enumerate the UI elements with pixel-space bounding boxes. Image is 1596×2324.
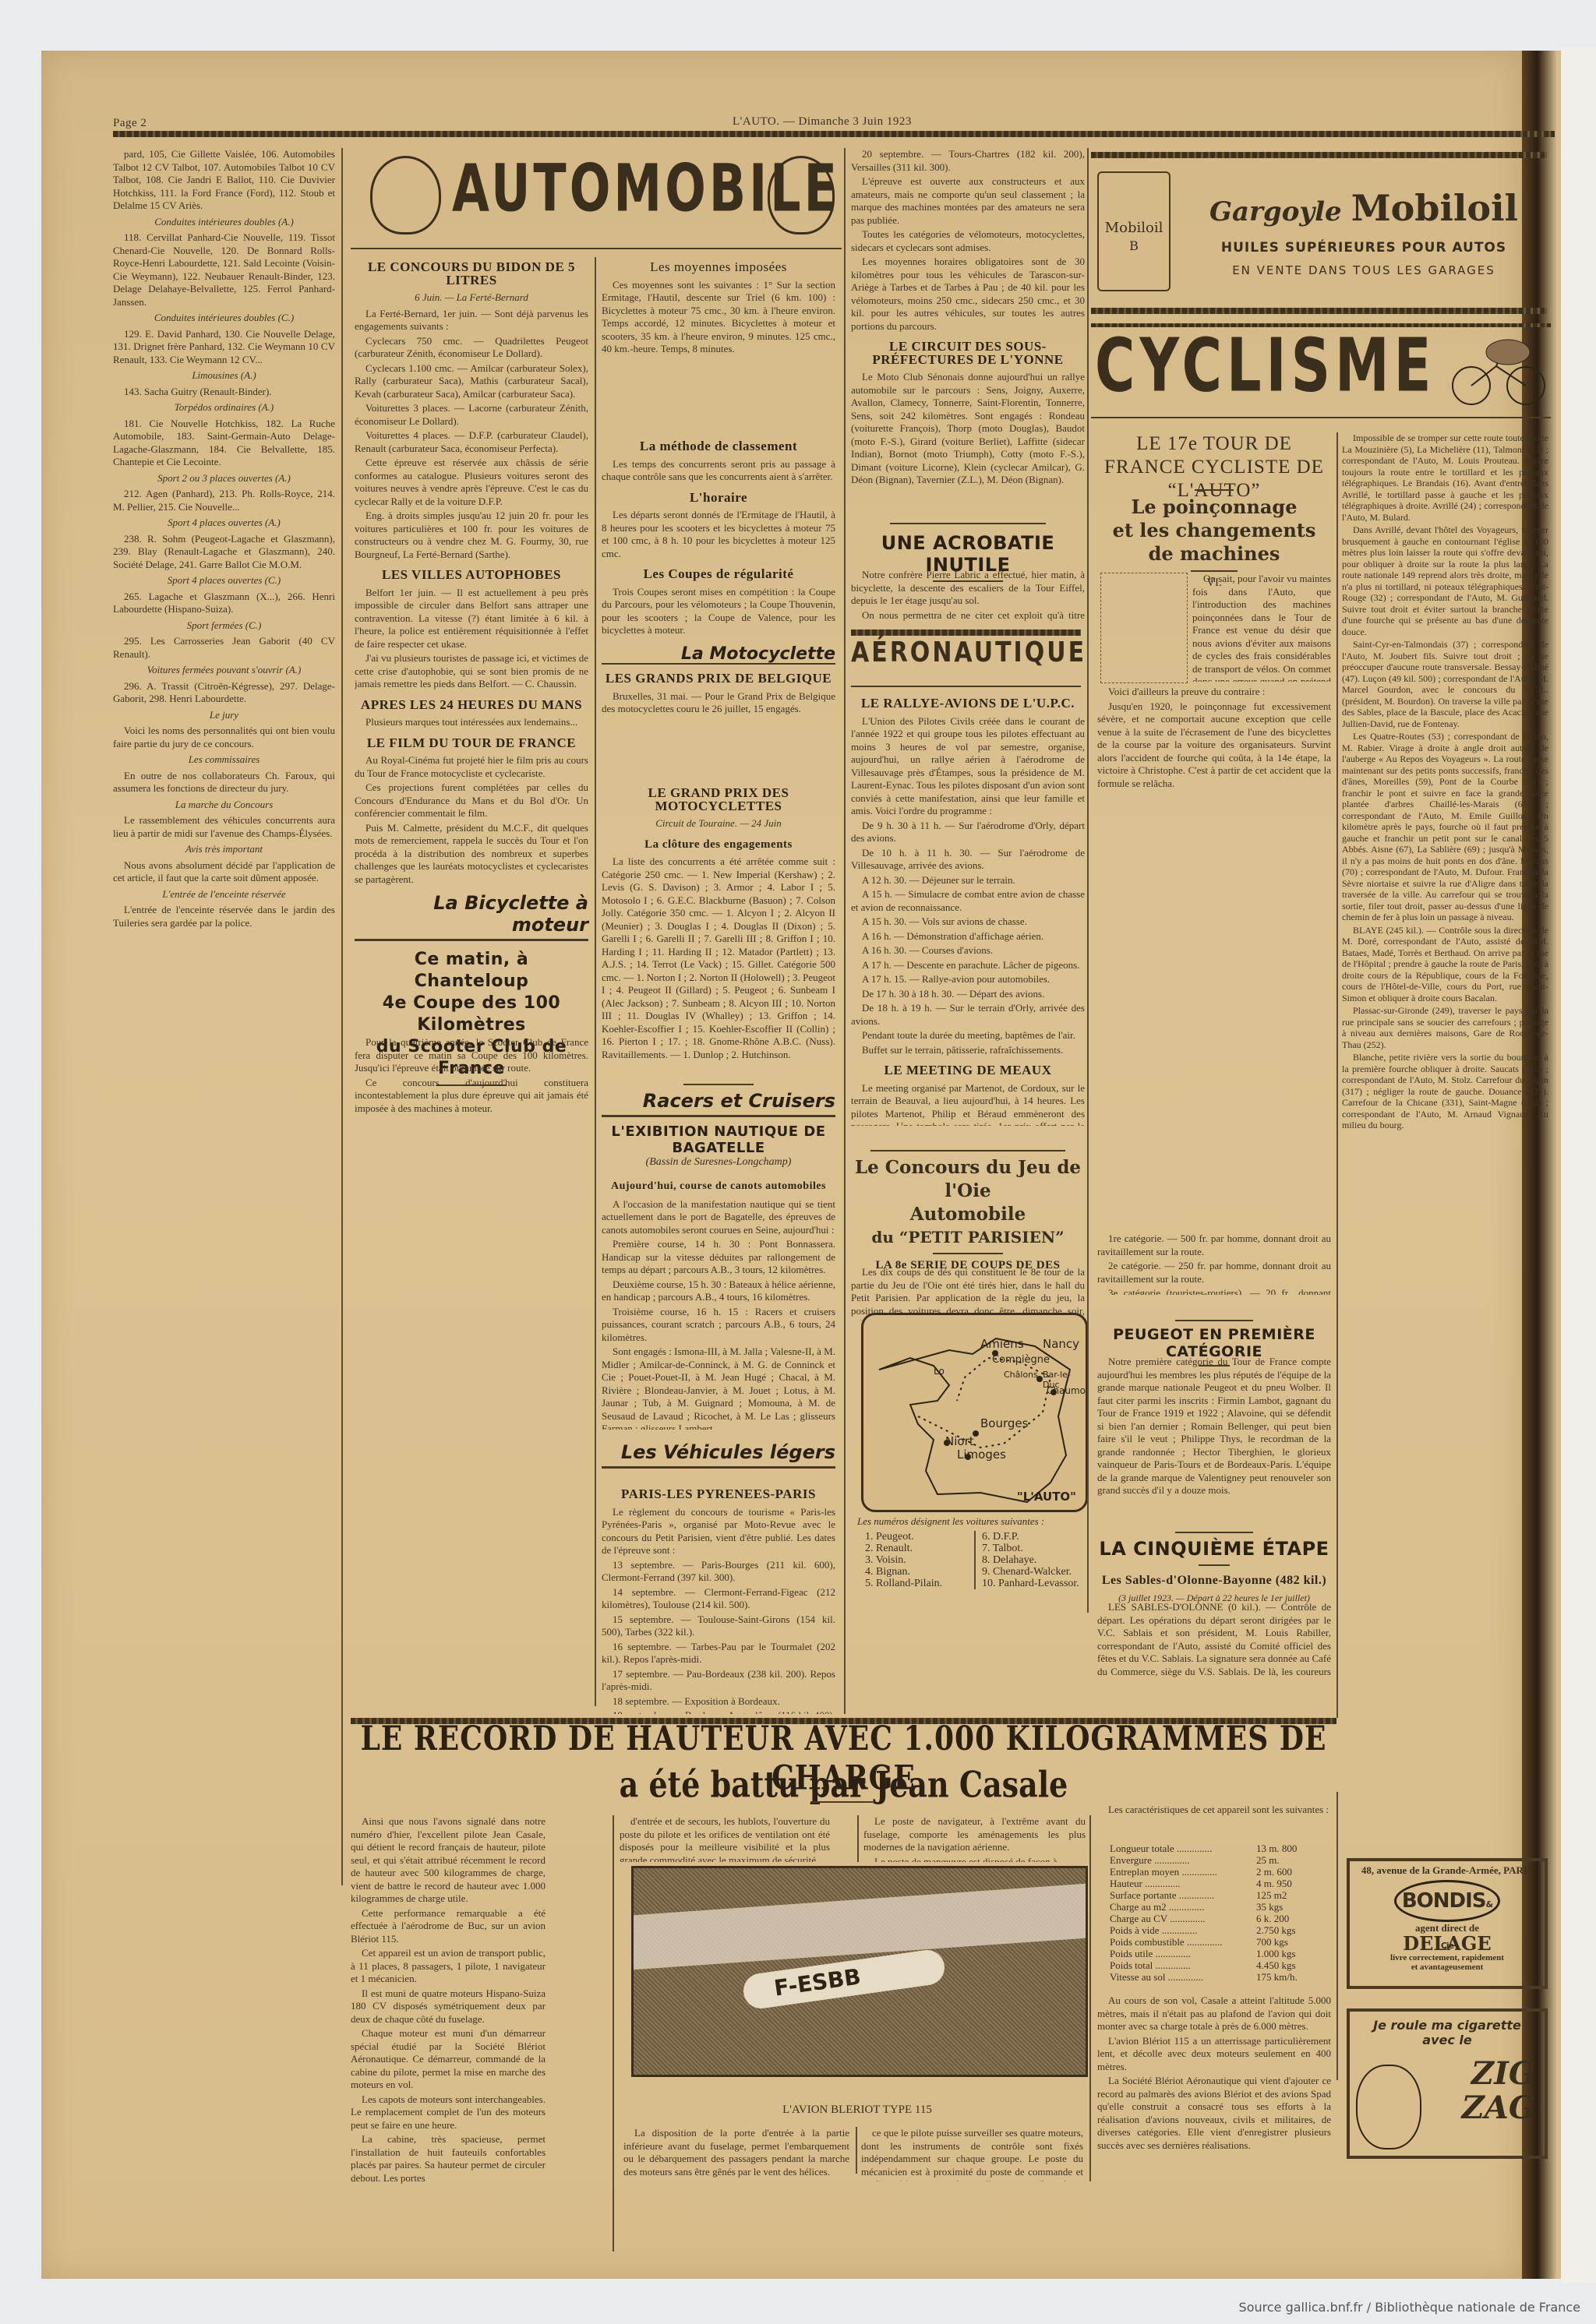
paragraph: LES SABLES-D'OLONNE (0 kil.). — Contrôle… <box>1097 1601 1331 1679</box>
racers-body: Aujourd'hui, course de canots automobile… <box>602 1173 835 1430</box>
paragraph: Belfort 1er juin. — Il est actuellement … <box>355 587 588 651</box>
cyclisme-engagements: 1re catégorie. — 500 fr. par homme, donn… <box>1097 1233 1331 1295</box>
column-divider <box>595 257 596 1706</box>
subhead-sables-bayonne: Les Sables-d'Olonne-Bayonne (482 kil.) <box>1097 1574 1331 1588</box>
spec-label: Envergure .............. <box>1107 1854 1253 1866</box>
legend-item: 9. Chenard-Walcker. <box>982 1566 1087 1578</box>
paragraph: A 17 h. 15. — Rallye-avion pour automobi… <box>851 973 1085 986</box>
spec-row: Longueur totale ..............13 m. 800 <box>1107 1843 1301 1854</box>
paragraph: ce que le pilote puisse surveiller ses q… <box>861 2127 1083 2181</box>
headline-gp-motos: LE GRAND PRIX DES MOTOCYCLETTES <box>602 787 835 813</box>
ornament-divider <box>890 523 1046 524</box>
section-rule <box>355 939 588 941</box>
category-title: Sport 2 ou 3 places ouvertes (A.) <box>113 472 335 485</box>
ad-address: 48, avenue de la Grande-Armée, PARIS <box>1350 1864 1545 1877</box>
record-column-1: Ainsi que nous l'avons signalé dans notr… <box>351 1815 546 2252</box>
legend-divider <box>974 1531 976 1589</box>
smoker-illustration <box>1356 2065 1421 2149</box>
paragraph: Pour la quatrième année, le Scooter Club… <box>355 1036 588 1075</box>
paragraph: 19 septembre. — Bordeaux-Angoulême (116 … <box>602 1709 835 1714</box>
ad-tagline: HUILES SUPÉRIEURES POUR AUTOS <box>1177 240 1551 256</box>
vehicules-body: PARIS-LES PYRENEES-PARIS Le règlement du… <box>602 1480 835 1714</box>
paragraph: A 15 h. 30. — Vols sur avions de chasse. <box>851 915 1085 929</box>
dateline: Circuit de Touraine. — 24 Juin <box>602 817 835 831</box>
paragraph: 15 septembre. — Toulouse-Saint-Girons (1… <box>602 1613 835 1639</box>
can-grade: B <box>1099 238 1169 253</box>
paragraph: d'entrée et de secours, les hublots, l'o… <box>620 1815 830 1862</box>
paragraph: Cet appareil est un avion de transport p… <box>351 1947 546 1986</box>
ad-brand: BONDIS <box>1402 1889 1486 1913</box>
map-marker <box>1036 1376 1043 1382</box>
category-title: Conduites intérieures doubles (A.) <box>113 216 335 229</box>
paragraph: Le meeting organisé par Martenot, de Cor… <box>851 1082 1085 1127</box>
paragraph: Blanche, petite rivière vers la sortie d… <box>1342 1052 1548 1131</box>
paragraph: 129. E. David Panhard, 130. Cie Nouvelle… <box>113 328 335 367</box>
legend-item: 6. D.F.P. <box>982 1531 1087 1543</box>
spec-value: 700 kgs <box>1253 1936 1301 1948</box>
paragraph: Plusieurs marques tout intéressées aux l… <box>355 716 588 729</box>
headline-cinquieme-etape: LA CINQUIÈME ÉTAPE <box>1097 1538 1331 1560</box>
headline-jeu-oie: Le Concours du Jeu de l'Oie <box>851 1156 1085 1203</box>
column-divider <box>1089 1815 1091 2181</box>
automobile-masthead: AUTOMOBILE <box>452 150 748 227</box>
motocyclette-gp: LE GRAND PRIX DES MOTOCYCLETTES Circuit … <box>602 779 835 1071</box>
spec-value: 175 km/h. <box>1253 1971 1301 1983</box>
paragraph: Puis M. Calmette, président du M.C.F., d… <box>355 822 588 887</box>
spec-label: Longueur totale .............. <box>1107 1843 1253 1854</box>
spec-row: Poids total ..............4.450 kgs <box>1107 1959 1301 1971</box>
legend-item: 8. Delahaye. <box>982 1554 1087 1566</box>
scan-margin <box>1561 47 1596 2283</box>
paragraph: Ce concours d'aujourd'hui constituera in… <box>355 1077 588 1116</box>
spec-row: Poids utile ..............1.000 kgs <box>1107 1948 1301 1959</box>
paragraph: 118. Cervillat Panhard-Cie Nouvelle, 119… <box>113 231 335 309</box>
paragraph: La liste des concurrents a été arrêtée c… <box>602 855 835 1061</box>
paragraph: L'avion Blériot 115 a un atterrissage pa… <box>1097 2035 1331 2074</box>
paragraph: Cette épreuve est réservée aux châssis d… <box>355 457 588 508</box>
france-route-map: Amiens Compiègne Nancy Châlons Bar-le-Du… <box>861 1313 1088 1512</box>
spec-label: Poids total .............. <box>1107 1959 1253 1971</box>
section-vehicules-legers: Les Véhicules légers <box>602 1441 835 1463</box>
driver-caricature-icon <box>370 156 441 235</box>
spec-row: Hauteur ..............4 m. 950 <box>1107 1878 1301 1889</box>
headline-coupe: 4e Coupe des 100 Kilomètres <box>355 993 588 1036</box>
paragraph: Nous avons absolument décidé par l'appli… <box>113 859 335 885</box>
spec-value: 25 m. <box>1253 1854 1301 1866</box>
cyclisme-lede: On sait, pour l'avoir vu maintes fois da… <box>1192 573 1331 682</box>
paragraph: Bruxelles, 31 mai. — Pour le Grand Prix … <box>602 690 835 716</box>
paragraph: Il est muni de quatre moteurs Hispano-Su… <box>351 1987 546 2026</box>
paragraph: L'entrée de l'enceinte réservée dans le … <box>113 904 335 929</box>
map-city-label: Châlons <box>1004 1370 1038 1380</box>
paragraph: La Société Blériot Aéronautique qui vien… <box>1097 2075 1331 2152</box>
paragraph: Plassac-sur-Gironde (249), traverser le … <box>1342 1005 1548 1050</box>
paragraph: Saint-Cyr-en-Talmondais (37) ; correspon… <box>1342 639 1548 729</box>
paragraph: J'ai vu plusieurs touristes de passage i… <box>355 652 588 691</box>
paragraph: A 15 h. — Simulacre de combat entre avio… <box>851 888 1085 914</box>
map-legend-title: Les numéros désignent les voitures suiva… <box>857 1515 1083 1528</box>
bleriot-aircraft-photo: F-ESBB <box>631 1866 1088 2077</box>
paragraph: Au Royal-Cinéma fut projeté hier le film… <box>355 754 588 780</box>
paragraph: Notre première catégorie du Tour de Fran… <box>1097 1356 1331 1497</box>
map-marker <box>992 1350 998 1356</box>
legend-item: 10. Panhard-Levassor. <box>982 1578 1087 1589</box>
ornament-divider <box>810 1801 873 1803</box>
legend-item: 5. Rolland-Pilain. <box>865 1578 966 1589</box>
subhead: La méthode de classement <box>602 440 835 453</box>
acrobatie-body: Notre confrère Pierre Labric a effectué,… <box>851 569 1085 623</box>
paragraph: 265. Lagache et Glaszmann (X...), 266. H… <box>113 591 335 616</box>
legend-item: 4. Bignan. <box>865 1566 966 1578</box>
zig-zag-ad: Je roule ma cigarette avec le ZIG ZAG <box>1347 2008 1548 2159</box>
category-title: Conduites intérieures doubles (C.) <box>113 312 335 325</box>
paragraph: L'épreuve est ouverte aux constructeurs … <box>851 175 1085 227</box>
column-divider <box>857 1815 859 1862</box>
paragraph: L'Union des Pilotes Civils créée dans le… <box>851 715 1085 818</box>
can-label: Mobiloil <box>1099 220 1169 236</box>
spec-value: 2.750 kgs <box>1253 1924 1301 1936</box>
bondis-delage-ad: 48, avenue de la Grande-Armée, PARIS BON… <box>1347 1858 1548 1989</box>
paragraph: 181. Cie Nouvelle Hotchkiss, 182. La Ruc… <box>113 418 335 469</box>
paragraph: Chaque moteur est muni d'un démarreur sp… <box>351 2027 546 2092</box>
subhead: Les Coupes de régularité <box>602 568 835 581</box>
spec-value: 35 kgs <box>1253 1901 1301 1913</box>
aeronautique-body: LE RALLYE-AVIONS DE L'U.P.C. L'Union des… <box>851 689 1085 1126</box>
cyclisme-body: Voici d'ailleurs la preuve du contraire … <box>1097 686 1331 1208</box>
page-number: Page 2 <box>113 117 147 130</box>
paragraph: Notre confrère Pierre Labric a effectué,… <box>851 569 1085 608</box>
paragraph: Les capots de moteurs sont interchangeab… <box>351 2093 546 2132</box>
paragraph: 1re catégorie. — 500 fr. par homme, donn… <box>1097 1233 1331 1258</box>
paragraph: Ces moyennes sont les suivantes : 1° Sur… <box>602 279 835 356</box>
section-rule <box>1091 417 1551 418</box>
ad-brand-zig: ZIG <box>1471 2058 1535 2089</box>
headline-meeting-meaux: LE MEETING DE MEAUX <box>851 1064 1085 1077</box>
map-credit: "L'AUTO" <box>1017 1490 1076 1504</box>
headline-poinconnage-3: de machines <box>1097 542 1331 566</box>
spec-value: 4 m. 950 <box>1253 1878 1301 1889</box>
ad-line: et avantageusement <box>1350 1963 1545 1972</box>
spec-value: 1.000 kgs <box>1253 1948 1301 1959</box>
spec-label: Surface portante .............. <box>1107 1889 1253 1901</box>
cyclisme-masthead: CYCLISME <box>1095 323 1430 409</box>
paragraph: De 9 h. 30 à 11 h. — Sur l'aérodrome d'O… <box>851 820 1085 845</box>
spec-label: Entreplan moyen .............. <box>1107 1866 1253 1878</box>
section-motocyclette: La Motocyclette <box>602 648 835 661</box>
map-marker <box>965 1454 971 1460</box>
paragraph: Les Quatre-Routes (53) ; correspondant d… <box>1342 731 1548 923</box>
paragraph: BLAYE (245 kil.). — Contrôle sous la dir… <box>1342 925 1548 1004</box>
map-city-label: Lo <box>934 1366 945 1377</box>
headline-jean-casale: a été battu par Jean Casale <box>351 1764 1336 1806</box>
paragraph: 3e catégorie (touristes-routiers). — 20 … <box>1097 1287 1331 1295</box>
paragraph: Le rassemblement des véhicules concurren… <box>113 814 335 840</box>
paragraph: A 12 h. 30. — Déjeuner sur le terrain. <box>851 874 1085 887</box>
paragraph: 17 septembre. — Pau-Bordeaux (238 kil. 2… <box>602 1668 835 1694</box>
paragraph: Voiturettes 4 places. — D.F.P. (carburat… <box>355 429 588 455</box>
paragraph: Buffet sur le terrain, pâtisserie, rafra… <box>851 1044 1085 1057</box>
itinerary-column: Impossible de se tromper sur cette route… <box>1342 432 1548 1757</box>
photo-caption: L'AVION BLERIOT TYPE 115 <box>631 2104 1083 2117</box>
paragraph: La disposition de la porte d'entrée à la… <box>623 2127 849 2178</box>
ad-brand-zag: ZAG <box>1462 2093 1535 2124</box>
map-marker <box>1050 1389 1057 1395</box>
section-bicyclette-moteur: La Bicyclette à moteur <box>355 892 588 936</box>
column-divider <box>341 148 343 1885</box>
spec-label: Charge au CV .............. <box>1107 1913 1253 1924</box>
map-city-label: Amiens <box>980 1337 1024 1351</box>
legend-item: 2. Renault. <box>865 1543 966 1554</box>
spec-label: Poids à vide .............. <box>1107 1924 1253 1936</box>
category-title: Sport 4 places ouvertes (C.) <box>113 574 335 587</box>
paragraph: 238. R. Sohm (Peugeot-Lagache et Glaszma… <box>113 533 335 572</box>
map-city-label: Compiègne <box>992 1354 1050 1366</box>
map-city-label: Nancy <box>1043 1337 1079 1351</box>
section-rule <box>602 1466 835 1469</box>
map-city-label: Bourges <box>980 1416 1028 1430</box>
category-title: Le jury <box>113 709 335 722</box>
paragraph: Toutes les catégories de vélomoteurs, mo… <box>851 228 1085 254</box>
headline-24h-mans: APRES LES 24 HEURES DU MANS <box>355 699 588 712</box>
spec-row: Envergure ..............25 m. <box>1107 1854 1301 1866</box>
spec-value: 125 m2 <box>1253 1889 1301 1901</box>
column-entries-list: pard, 105, Cie Gillette Vaislée, 106. Au… <box>113 148 335 1885</box>
paragraph: 13 septembre. — Paris-Bourges (211 kil. … <box>602 1559 835 1585</box>
ad-border-top <box>1091 152 1547 158</box>
ad-brand-script: Gargoyle <box>1209 196 1342 227</box>
paragraph: Le Moto Club Sénonais donne aujourd'hui … <box>851 371 1085 487</box>
paragraph: Les temps des concurrents seront pris au… <box>602 458 835 484</box>
section-rule <box>851 686 1081 687</box>
paragraph: 16 septembre. — Tarbes-Pau par le Tourma… <box>602 1641 835 1666</box>
peugeot-body: Notre première catégorie du Tour de Fran… <box>1097 1356 1331 1500</box>
paragraph: 212. Agen (Panhard), 213. Ph. Rolls-Royc… <box>113 488 335 513</box>
paragraph: Jusqu'en 1920, le poinçonnage fut excess… <box>1097 700 1331 791</box>
ornament-divider <box>1195 489 1234 491</box>
paragraph: Dans Avrillé, devant l'hôtel des Voyageu… <box>1342 524 1548 637</box>
headline-rallye-avions: LE RALLYE-AVIONS DE L'U.P.C. <box>851 697 1085 711</box>
paragraph: Voici d'ailleurs la preuve du contraire … <box>1097 686 1331 699</box>
paragraph: Troisième course, 16 h. 15 : Racers et c… <box>602 1306 835 1345</box>
paragraph: Ces projections furent complétées par ce… <box>355 781 588 820</box>
column-divider <box>1336 432 1338 1718</box>
section-rule <box>602 1115 835 1117</box>
map-marker <box>944 1440 950 1446</box>
paragraph: De 10 h. à 11 h. 30. — Sur l'aérodrome d… <box>851 847 1085 873</box>
paragraph: De 17 h. 30 à 18 h. 30. — Départ des avi… <box>851 988 1085 1001</box>
record-column-2: d'entrée et de secours, les hublots, l'o… <box>620 1815 830 1862</box>
paragraph: A 16 h. — Démonstration d'affichage aéri… <box>851 930 1085 943</box>
subhead: Aujourd'hui, course de canots automobile… <box>602 1180 835 1194</box>
headline-petit-parisien: du “PETIT PARISIEN” <box>851 1226 1085 1248</box>
driver-caricature-icon <box>768 156 835 235</box>
ornament-divider <box>1199 1564 1230 1566</box>
section-rule <box>851 629 1081 636</box>
ad-line: Je roule ma cigarette <box>1350 2018 1545 2033</box>
paragraph: 2e catégorie. — 250 fr. par homme, donna… <box>1097 1260 1331 1285</box>
bicyclette-body: Pour la quatrième année, le Scooter Club… <box>355 1036 588 1722</box>
headline-chanteloup: Ce matin, à Chanteloup <box>355 949 588 993</box>
category-title: Avis très important <box>113 843 335 856</box>
section-rule <box>351 248 842 249</box>
paragraph: La cabine, très spacieuse, permet l'inst… <box>351 2133 546 2185</box>
section-rule <box>602 663 835 665</box>
paragraph: Le poste de navigateur, à l'extrême avan… <box>863 1815 1086 1854</box>
ornament-divider <box>933 1253 1003 1254</box>
paragraph: Sont engagés : Ismona-III, à M. Jalla ; … <box>602 1345 835 1430</box>
ornament-divider <box>1175 1532 1253 1533</box>
category-title: La marche du Concours <box>113 799 335 812</box>
record-after-specs: Au cours de son vol, Casale a atteint l'… <box>1097 1994 1331 2244</box>
spec-value: 4.450 kgs <box>1253 1959 1301 1971</box>
headline-sous-prefectures: LE CIRCUIT DES SOUS-PRÉFECTURES DE L'YON… <box>851 340 1085 366</box>
ad-border-bottom <box>1091 308 1547 314</box>
running-head: L'AUTO. — Dimanche 3 Juin 1923 <box>733 115 912 129</box>
paragraph: Cyclecars 1.100 cmc. — Amilcar (carburat… <box>355 362 588 401</box>
below-photo-left: La disposition de la porte d'entrée à la… <box>623 2127 849 2181</box>
cyclist-icon <box>1449 335 1547 409</box>
spec-row: Entreplan moyen ..............2 m. 600 <box>1107 1866 1301 1878</box>
category-title: Voitures fermées pouvant s'ouvrir (A.) <box>113 664 335 677</box>
paragraph: A 16 h. 30. — Courses d'avions. <box>851 944 1085 957</box>
ornament-divider <box>1191 570 1238 572</box>
headline-exhibition-nautique: L'EXIBITION NAUTIQUE DE BAGATELLE <box>602 1123 835 1156</box>
category-title: Les commissaires <box>113 753 335 767</box>
column-divider <box>856 2127 857 2174</box>
paragraph: Les moyennes horaires obligatoires sont … <box>851 256 1085 333</box>
paragraph: Première course, 14 h. 30 : Pont Bonnass… <box>602 1238 835 1277</box>
spec-row: Vitesse au sol ..............175 km/h. <box>1107 1971 1301 1983</box>
spec-row: Poids combustible ..............700 kgs <box>1107 1936 1301 1948</box>
paragraph: Le règlement du concours de tourisme « P… <box>602 1506 835 1557</box>
column-divider <box>1336 1792 1338 2080</box>
column-divider <box>844 148 846 1714</box>
ornament-divider <box>870 1150 1065 1151</box>
spec-label: Poids combustible .............. <box>1107 1936 1253 1948</box>
legend-item: 1. Peugeot. <box>865 1531 966 1543</box>
paragraph: Eng. à droits simples jusqu'au 12 juin 2… <box>355 510 588 561</box>
category-title: Limousines (A.) <box>113 369 335 383</box>
legend-item: 7. Talbot. <box>982 1543 1087 1554</box>
spec-label: Vitesse au sol .............. <box>1107 1971 1253 1983</box>
paragraph: pard, 105, Cie Gillette Vaislée, 106. Au… <box>113 148 335 213</box>
headline-poinconnage-2: et les changements <box>1097 519 1331 542</box>
category-title: Sport 4 places ouvertes (A.) <box>113 517 335 530</box>
paragraph: 20 septembre. — Tours-Chartres (182 kil.… <box>851 148 1085 174</box>
column-divider <box>1087 148 1089 1613</box>
spec-value: 13 m. 800 <box>1253 1843 1301 1854</box>
ad-tagline-2: EN VENTE DANS TOUS LES GARAGES <box>1177 263 1551 277</box>
cyclists-illustration <box>1100 573 1188 683</box>
paragraph: 296. A. Trassit (Citroën-Kégresse), 297.… <box>113 680 335 706</box>
subhead: Les moyennes imposées <box>602 261 835 274</box>
dateline: 6 Juin. — La Ferté-Bernard <box>355 291 588 305</box>
subhead: L'horaire <box>602 492 835 505</box>
column-divider <box>613 1815 614 2252</box>
headline-autophobes: LES VILLES AUTOPHOBES <box>355 569 588 582</box>
spec-label: Poids utile .............. <box>1107 1948 1253 1959</box>
paragraph: Le poste de manœuvre est disposé de faço… <box>863 1856 1086 1863</box>
paragraph: De 18 h. à 19 h. — Sur le terrain d'Orly… <box>851 1002 1085 1028</box>
paragraph: 295. Les Carrosseries Jean Gaborit (40 C… <box>113 635 335 661</box>
spec-value: 6 k. 200 <box>1253 1913 1301 1924</box>
paragraph: Pendant toute la durée du meeting, baptê… <box>851 1029 1085 1042</box>
spec-value: 2 m. 600 <box>1253 1866 1301 1878</box>
paragraph: Cette performance remarquable a été effe… <box>351 1907 546 1946</box>
map-marker <box>973 1430 979 1437</box>
headline-poinconnage: Le poinçonnage <box>1097 495 1331 519</box>
paragraph: Voici les noms des personnalités qui ont… <box>113 725 335 750</box>
spec-label: Hauteur .............. <box>1107 1878 1253 1889</box>
category-title: Sport fermées (C.) <box>113 619 335 633</box>
below-photo-right: ce que le pilote puisse surveiller ses q… <box>861 2127 1083 2181</box>
paragraph: Deuxième course, 15 h. 30 : Bateaux à hé… <box>602 1278 835 1304</box>
paragraph: A 17 h. — Descente en parachute. Lâcher … <box>851 959 1085 972</box>
source-credit: Source gallica.bnf.fr / Bibliothèque nat… <box>1239 2300 1580 2315</box>
ornament-divider <box>683 1084 754 1085</box>
paragraph: A l'occasion de la manifestation nautiqu… <box>602 1198 835 1237</box>
headline-paris-pyrenees: PARIS-LES PYRENEES-PARIS <box>602 1488 835 1501</box>
headline-bidon: LE CONCOURS DU BIDON DE 5 LITRES <box>355 261 588 287</box>
paragraph: Au cours de son vol, Casale a atteint l'… <box>1097 1994 1331 2033</box>
spec-label: Charge au m2 .............. <box>1107 1901 1253 1913</box>
headline-jeu-oie-2: Automobile <box>851 1203 1085 1226</box>
paragraph: Les caractéristiques de cet appareil son… <box>1097 1804 1331 1817</box>
paragraph: La Ferté-Bernard, 1er juin. — Sont déjà … <box>355 308 588 333</box>
etape-body: LES SABLES-D'OLONNE (0 kil.). — Contrôle… <box>1097 1601 1331 1679</box>
aircraft-specs-table: Longueur totale ..............13 m. 800E… <box>1107 1843 1301 1983</box>
paragraph: Impossible de se tromper sur cette route… <box>1342 432 1548 523</box>
bondis-logo: BONDIS& Cie <box>1394 1880 1500 1922</box>
paragraph: On nous permettra de ne citer cet exploi… <box>851 609 1085 624</box>
legend-item: 3. Voisin. <box>865 1554 966 1566</box>
paragraph: Les départs seront donnés de l'Ermitage … <box>602 509 835 560</box>
category-title: L'entrée de l'enceinte réservée <box>113 888 335 901</box>
map-legend-right: 6. D.F.P. 7. Talbot. 8. Delahaye. 9. Che… <box>982 1531 1087 1589</box>
ad-line: avec le <box>1350 2033 1545 2047</box>
paragraph: 18 septembre. — Exposition à Bordeaux. <box>602 1695 835 1709</box>
headline-film-tour: LE FILM DU TOUR DE FRANCE <box>355 737 588 750</box>
map-legend-left: 1. Peugeot. 2. Renault. 3. Voisin. 4. Bi… <box>865 1531 966 1589</box>
map-city-label: Limoges <box>957 1448 1006 1462</box>
paragraph: Cyclecars 750 cmc. — Quadrilettes Peugeo… <box>355 335 588 361</box>
aeronautique-masthead: AÉRONAUTIQUE <box>851 637 1085 669</box>
spec-row: Charge au CV ..............6 k. 200 <box>1107 1913 1301 1924</box>
paragraph: 143. Sacha Guitry (Renault-Binder). <box>113 386 335 399</box>
paragraph: 14 septembre. — Clermont-Ferrand-Figeac … <box>602 1586 835 1612</box>
spec-row: Charge au m2 ..............35 kgs <box>1107 1901 1301 1913</box>
spec-intro: Les caractéristiques de cet appareil son… <box>1097 1804 1331 1835</box>
ad-marque-delage: DELAGE <box>1350 1934 1545 1953</box>
subtitle: (Bassin de Suresnes-Longchamp) <box>602 1156 835 1169</box>
oil-can-illustration: Mobiloil B <box>1097 171 1171 291</box>
ornament-divider <box>1175 1320 1253 1321</box>
automobile-column-b: Les moyennes imposées Ces moyennes sont … <box>602 253 835 432</box>
ad-brand: Mobiloil <box>1351 187 1518 229</box>
spec-row: Poids à vide ..............2.750 kgs <box>1107 1924 1301 1936</box>
paragraph: Ainsi que nous l'avons signalé dans notr… <box>351 1815 546 1906</box>
paragraph: On sait, pour l'avoir vu maintes fois da… <box>1192 573 1331 682</box>
category-title: Torpédos ordinaires (A.) <box>113 401 335 414</box>
section-racers-cruisers: Racers et Cruisers <box>602 1090 835 1112</box>
spec-row: Surface portante ..............125 m2 <box>1107 1889 1301 1901</box>
ad-line: livre correctement, rapidement <box>1350 1953 1545 1963</box>
paragraph: Trois Coupes seront mises en compétition… <box>602 586 835 637</box>
column-3-top: 20 septembre. — Tours-Chartres (182 kil.… <box>851 148 1085 514</box>
top-rule <box>113 131 1555 137</box>
paragraph: En outre de nos collaborateurs Ch. Farou… <box>113 770 335 795</box>
subhead: La clôture des engagements <box>602 838 835 852</box>
